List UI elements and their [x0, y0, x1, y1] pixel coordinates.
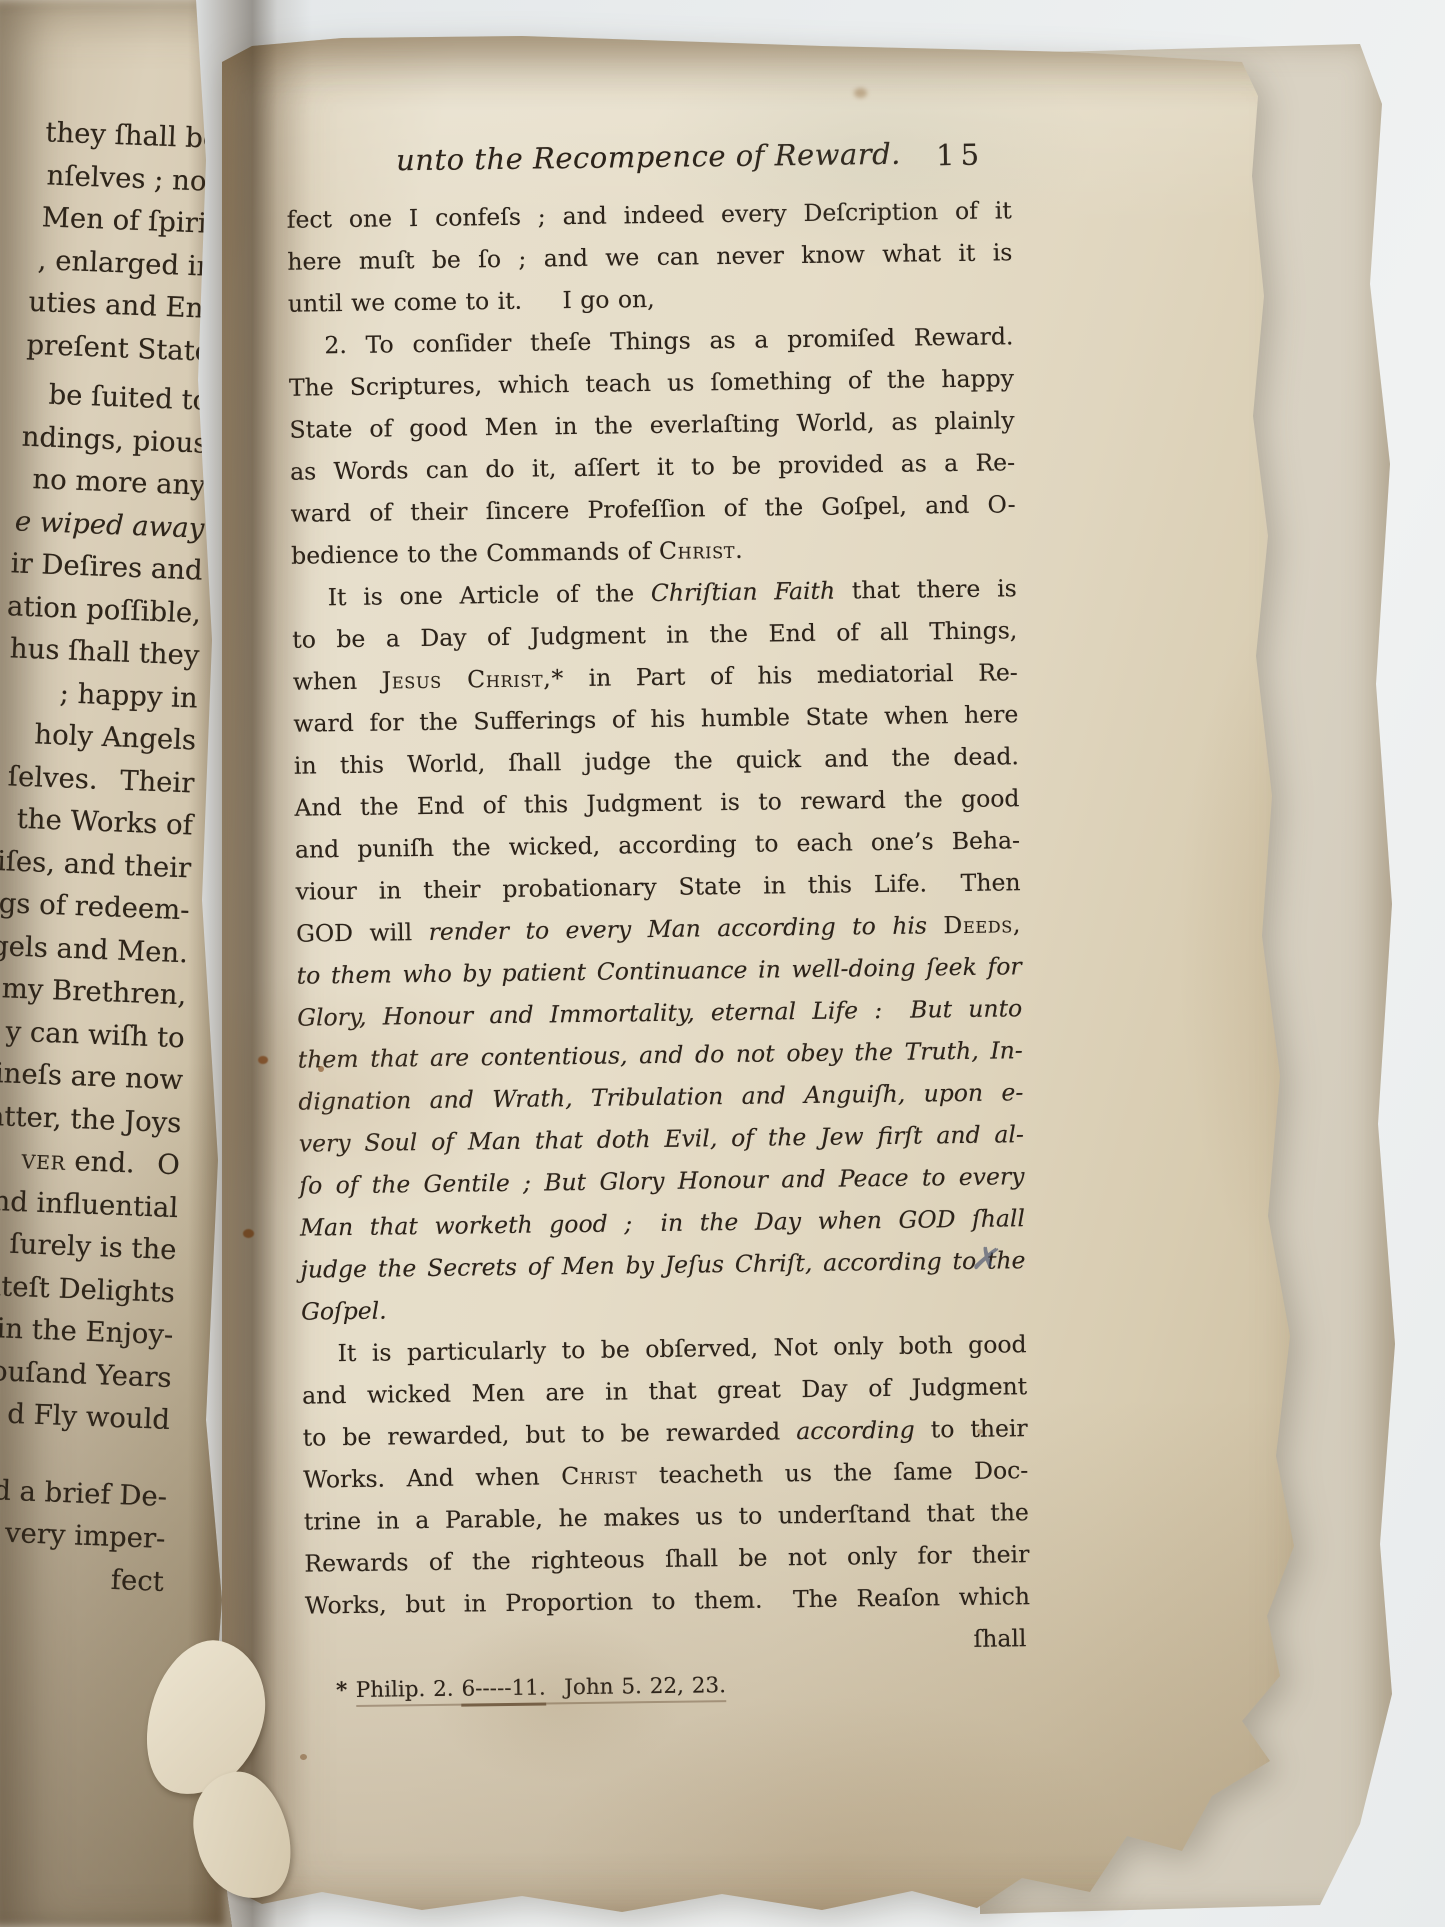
text-segment: my Brethren,: [1, 967, 187, 1017]
text-segment: ted a brief De-: [0, 1468, 168, 1518]
text-line: aiſes, and their: [0, 839, 192, 890]
text-segment: ver: [21, 1138, 67, 1182]
text-segment: John 5. 22, 23.: [546, 1673, 727, 1704]
text-segment: 2. To conſider theſe Things as a promiſe…: [324, 322, 1013, 359]
text-line: pineſs are now: [0, 1051, 184, 1102]
text-segment: The Scriptures, which teach us ſomething…: [289, 364, 1014, 401]
text-segment: Chriſtian Faith: [651, 577, 836, 607]
text-segment: GOD will: [296, 918, 429, 948]
text-segment: fect one I confeſs ; and indeed every De…: [287, 196, 1012, 233]
footnote: * Philip. 2. 6-----11. John 5. 22, 23.: [306, 1661, 1032, 1714]
text-line: ndings, pious: [0, 414, 208, 465]
text-segment: y can wiſh to: [5, 1010, 186, 1059]
text-segment: ir Deſires and: [10, 542, 203, 592]
text-segment: in Part of his mediatorial Re-: [564, 658, 1018, 692]
text-segment: trine in a Parable, he makes us to under…: [304, 1498, 1029, 1535]
text-segment: nſelves ; not: [46, 154, 218, 203]
text-segment: hus ſhall they: [9, 627, 200, 677]
text-segment: be ſuited to: [48, 374, 210, 423]
text-segment: atter, the Joys: [0, 1094, 182, 1144]
text-segment: Man that worketh good ; in the Day when …: [300, 1204, 1025, 1241]
text-line: ir Deſires and: [0, 541, 203, 592]
text-line: s ſurely is the: [0, 1221, 177, 1272]
text-line: ſelves. Their: [0, 754, 195, 805]
text-segment: to their: [915, 1414, 1028, 1443]
text-segment: teacheth us the ſame Doc-: [637, 1456, 1028, 1489]
text-line: eateſt Delights: [0, 1263, 176, 1314]
text-segment: Glory, Honour and Immortality, eternal L…: [297, 994, 1022, 1031]
text-line: ; happy in: [0, 669, 199, 720]
text-segment: ward for the Sufferings of his humble St…: [293, 700, 1018, 737]
text-segment: Deeds,: [943, 910, 1021, 939]
text-segment: in the Enjoy-: [0, 1307, 174, 1356]
right-page-text: unto the Recompence of Reward. 15 fect o…: [284, 31, 1034, 1927]
text-line: nouſand Years: [0, 1348, 172, 1399]
text-segment: here muſt be ſo ; and we can never know …: [287, 238, 1012, 275]
text-segment: and puniſh the wicked, according to each…: [295, 826, 1020, 863]
text-segment: no more any: [32, 458, 207, 507]
text-segment: ndings, pious: [21, 415, 208, 465]
text-segment: to be a Day of Judgment in the End of al…: [292, 616, 1017, 653]
text-segment: State of good Men in the everlaſting Wor…: [289, 406, 1014, 443]
text-segment: eateſt Delights: [0, 1264, 176, 1314]
left-page: they ſhall benſelves ; notMen of ſpiri-,…: [0, 0, 232, 1927]
text-segment: uties and En-: [28, 281, 214, 331]
text-line: gels and Men.: [0, 924, 189, 975]
text-segment: It is particularly to be obſerved, Not o…: [337, 1330, 1026, 1367]
text-segment: ward of their ſincere Profeſſion of the …: [290, 490, 1015, 527]
text-line: my Brethren,: [0, 966, 187, 1017]
text-segment: aiſes, and their: [0, 839, 192, 890]
text-segment: nouſand Years: [0, 1349, 172, 1399]
text-segment: according: [796, 1416, 915, 1446]
text-segment: dignation and Wrath, Tribulation and Ang…: [298, 1078, 1023, 1115]
text-segment: ; happy in: [59, 672, 199, 720]
text-line: hus ſhall they: [0, 626, 200, 677]
text-segment: ſelves. Their: [7, 755, 195, 805]
text-line: ation poſſible,: [0, 584, 202, 635]
text-segment: and influential: [0, 1179, 179, 1229]
text-segment: Jesus Christ,*: [382, 664, 564, 694]
text-segment: Philip. 2.: [356, 1677, 462, 1707]
text-segment: judge the Secrets of Men by Jeſus Chriſt…: [300, 1246, 1025, 1283]
page-body: fect one I confeſs ; and indeed every De…: [287, 189, 1032, 1714]
text-line: holy Angels: [0, 711, 197, 762]
text-segment: e wiped away: [14, 500, 205, 550]
text-segment: , enlarged in: [37, 239, 215, 288]
text-segment: end. O: [65, 1140, 181, 1187]
book-photo: unto the Recompence of Reward. 15 fect o…: [0, 0, 1445, 1927]
text-segment: the Works of: [16, 798, 194, 847]
text-segment: ation poſſible,: [6, 585, 201, 635]
text-segment: Christ: [561, 1461, 638, 1490]
text-segment: and wicked Men are in that great Day of …: [302, 1372, 1027, 1409]
text-line: ngs of redeem-: [0, 881, 190, 932]
text-segment: render to every Man according to his: [428, 911, 943, 946]
text-segment: fect: [110, 1558, 164, 1602]
text-segment: holy Angels: [34, 713, 197, 762]
text-segment: Christ.: [659, 536, 744, 565]
text-segment: when: [293, 667, 382, 696]
left-page-text: they ſhall benſelves ; notMen of ſpiri-,…: [0, 110, 220, 1603]
text-segment: viour in their probationary State in thi…: [295, 868, 1020, 905]
text-segment: 6-----11.: [461, 1675, 546, 1706]
text-segment: Goſpel.: [301, 1297, 387, 1326]
text-segment: *: [336, 1678, 356, 1703]
text-line: y can wiſh to: [0, 1009, 185, 1060]
text-segment: s ſurely is the: [0, 1222, 177, 1272]
text-segment: to be rewarded, but to be rewarded: [303, 1417, 797, 1451]
text-segment: ſo of the Gentile ; But Glory Honour and…: [299, 1162, 1024, 1199]
text-segment: Men of ſpiri-: [41, 196, 217, 245]
text-line: d Fly would: [0, 1391, 171, 1442]
text-segment: they ſhall be: [45, 111, 220, 160]
text-segment: pineſs are now: [0, 1051, 184, 1101]
text-segment: to them who by patient Continuance in we…: [297, 952, 1022, 989]
text-line: ted a brief De-: [0, 1467, 168, 1518]
text-segment: And the End of this Judgment is to rewar…: [294, 784, 1019, 821]
text-segment: Works, but in Proportion to them. The Re…: [305, 1582, 1030, 1619]
text-line: the Works of: [0, 796, 194, 847]
running-header: unto the Recompence of Reward. 15: [286, 135, 1011, 178]
right-page: unto the Recompence of Reward. 15 fect o…: [222, 36, 1340, 1927]
text-line: and influential: [0, 1178, 179, 1229]
text-line: in the Enjoy-: [0, 1306, 174, 1357]
text-segment: d Fly would: [7, 1393, 171, 1442]
text-segment: very Soul of Man that doth Evil, of the …: [299, 1120, 1024, 1157]
text-segment: as Words can do it, aſſert it to be prov…: [290, 448, 1015, 485]
text-segment: Works. And when: [303, 1462, 561, 1493]
text-segment: them that are contentious, and do not ob…: [298, 1036, 1023, 1073]
running-header-title: unto the Recompence of Reward.: [396, 137, 901, 178]
text-segment: gels and Men.: [0, 924, 189, 974]
text-line: fect: [0, 1552, 165, 1603]
page-number: 15: [936, 138, 985, 173]
text-line: ver end. O: [0, 1136, 181, 1187]
text-line: preſent State: [0, 322, 212, 373]
text-line: atter, the Joys: [0, 1094, 182, 1145]
text-segment: until we come to it. I go on,: [288, 285, 655, 318]
text-segment: bedience to the Commands of: [291, 537, 659, 570]
text-segment: that there is: [835, 574, 1017, 604]
text-segment: ngs of redeem-: [0, 881, 190, 931]
text-segment: It is one Article of the: [328, 579, 652, 611]
text-segment: preſent State: [26, 323, 212, 373]
text-segment: a very imper-: [0, 1511, 166, 1561]
text-segment: Rewards of the righteous ſhall be not on…: [304, 1540, 1029, 1577]
text-segment: in this World, ſhall judge the quick and…: [294, 742, 1019, 779]
text-line: a very imper-: [0, 1510, 166, 1561]
